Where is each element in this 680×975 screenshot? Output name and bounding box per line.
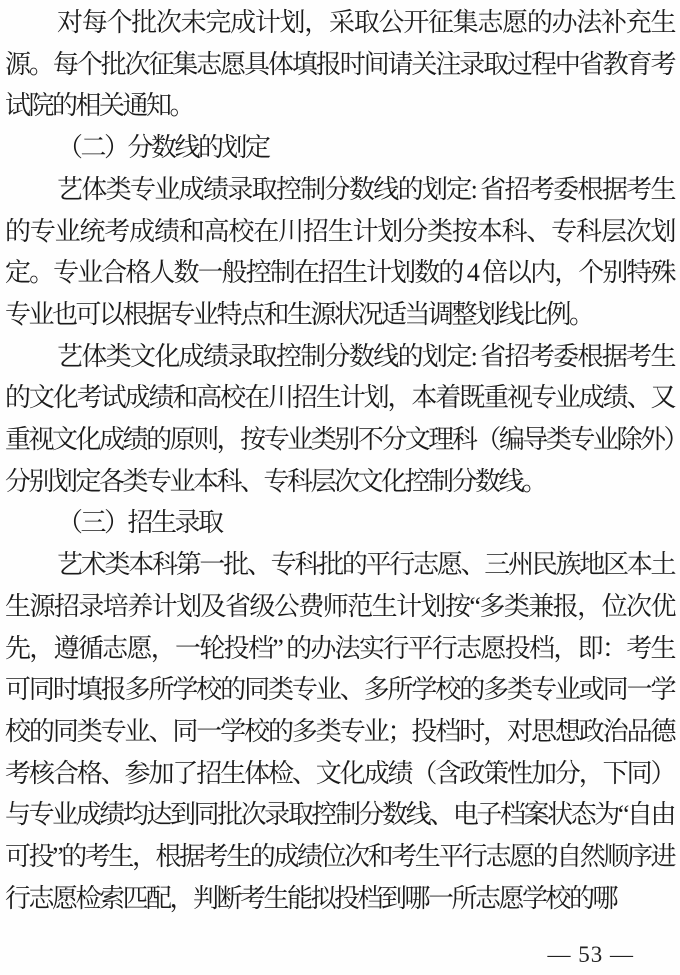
page-number: — 53 — — [548, 942, 635, 967]
section-heading: （二）分数线的划定 — [5, 127, 674, 169]
body-paragraph: 艺体类文化成绩录取控制分数线的划定: 省招考委根据考生的文化考试成绩和高校在川招… — [5, 336, 674, 503]
document-content: 对每个批次未完成计划，采取公开征集志愿的办法补充生源。每个批次征集志愿具体填报时… — [5, 2, 674, 919]
body-paragraph: 对每个批次未完成计划，采取公开征集志愿的办法补充生源。每个批次征集志愿具体填报时… — [5, 2, 674, 127]
document-page: 对每个批次未完成计划，采取公开征集志愿的办法补充生源。每个批次征集志愿具体填报时… — [0, 0, 680, 975]
body-paragraph: 艺术类本科第一批、专科批的平行志愿、三州民族地区本土生源招录培养计划及省级公费师… — [5, 544, 674, 919]
section-heading: （三）招生录取 — [5, 502, 674, 544]
body-paragraph: 艺体类专业成绩录取控制分数线的划定: 省招考委根据考生的专业统考成绩和高校在川招… — [5, 169, 674, 336]
page-footer: — 53 — — [548, 942, 635, 968]
